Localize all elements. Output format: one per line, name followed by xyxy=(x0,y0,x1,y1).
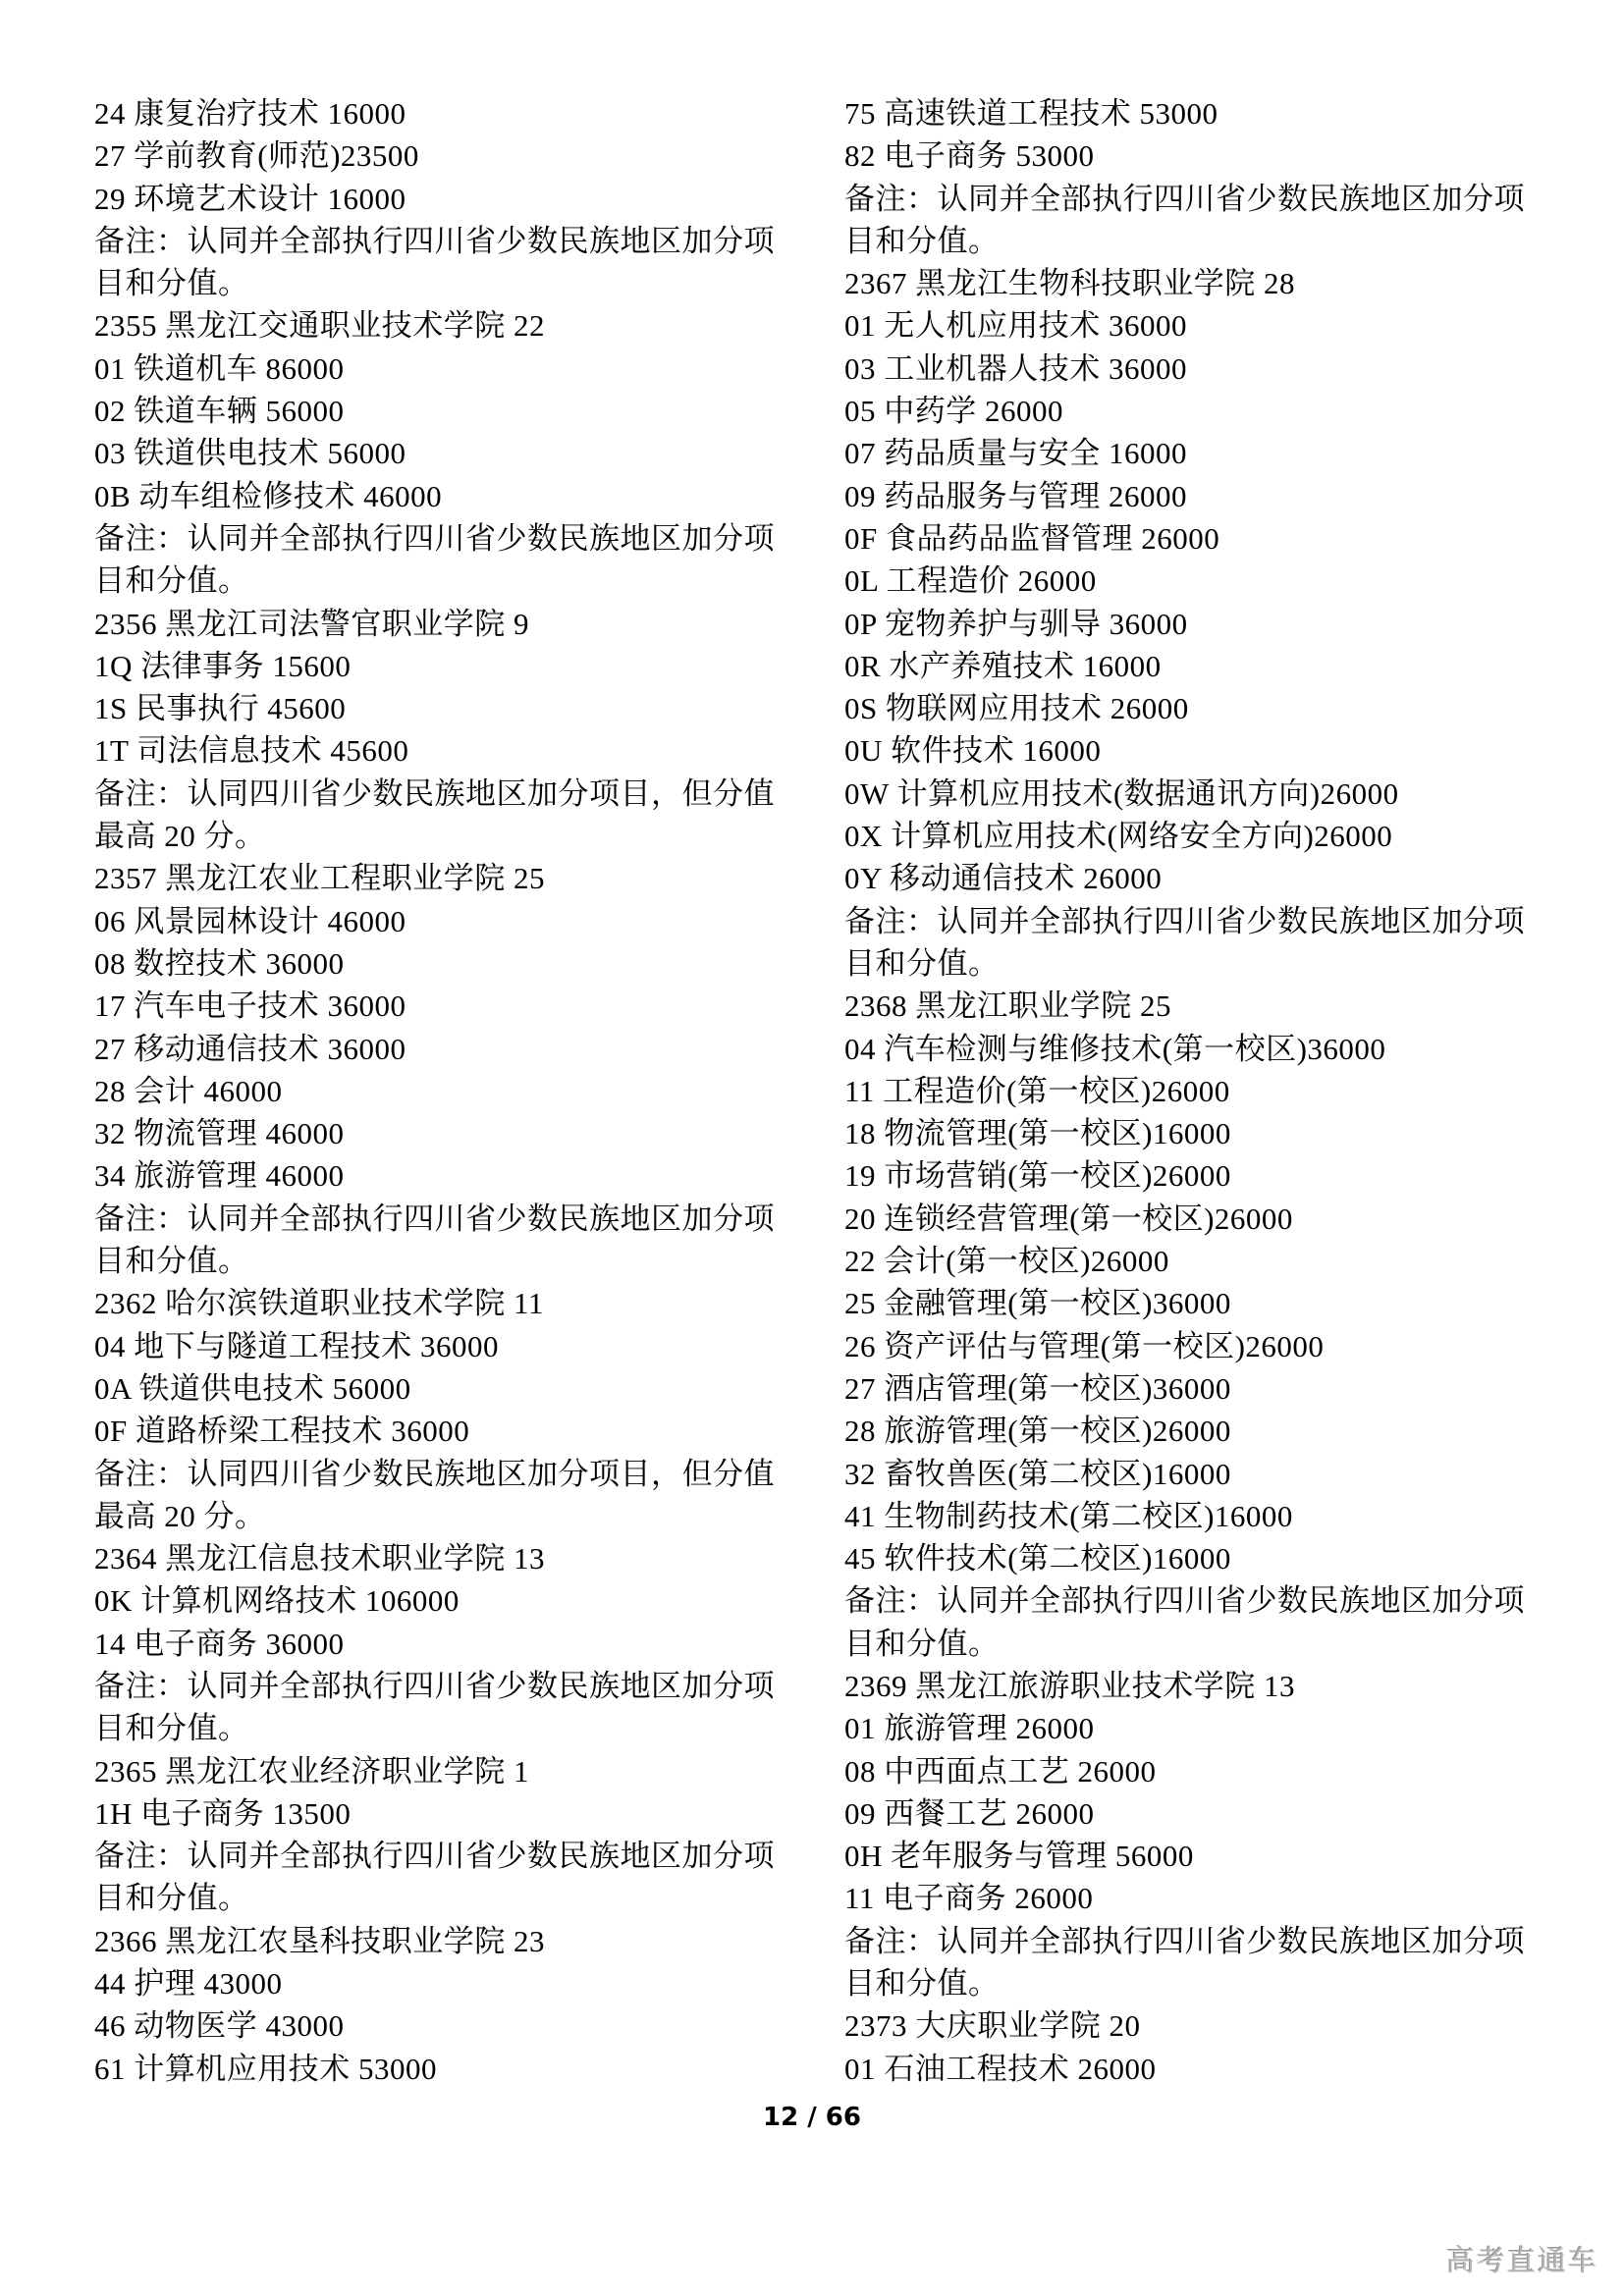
text-line: 目和分值。 xyxy=(844,1962,1545,2004)
text-line: 0B 动车组检修技术 46000 xyxy=(94,475,795,517)
text-line: 05 中药学 26000 xyxy=(844,390,1545,432)
text-line: 07 药品质量与安全 16000 xyxy=(844,432,1545,474)
text-line: 备注：认同并全部执行四川省少数民族地区加分项 xyxy=(844,178,1545,220)
text-line: 27 移动通信技术 36000 xyxy=(94,1028,795,1070)
text-line: 26 资产评估与管理(第一校区)26000 xyxy=(844,1325,1545,1367)
text-line: 最高 20 分。 xyxy=(94,815,795,857)
left-text-column: 24 康复治疗技术 1600027 学前教育(师范)2350029 环境艺术设计… xyxy=(94,92,795,2090)
text-line: 0H 老年服务与管理 56000 xyxy=(844,1835,1545,1877)
text-line: 44 护理 43000 xyxy=(94,1962,795,2004)
text-line: 0K 计算机网络技术 106000 xyxy=(94,1579,795,1622)
text-line: 75 高速铁道工程技术 53000 xyxy=(844,92,1545,134)
text-line: 备注：认同并全部执行四川省少数民族地区加分项 xyxy=(844,1579,1545,1622)
text-line: 备注：认同并全部执行四川省少数民族地区加分项 xyxy=(844,1920,1545,1962)
text-line: 目和分值。 xyxy=(844,942,1545,985)
text-line: 2369 黑龙江旅游职业技术学院 13 xyxy=(844,1665,1545,1707)
text-line: 备注：认同四川省少数民族地区加分项目，但分值 xyxy=(94,773,795,815)
text-line: 备注：认同并全部执行四川省少数民族地区加分项 xyxy=(94,1835,795,1877)
text-line: 备注：认同并全部执行四川省少数民族地区加分项 xyxy=(94,1665,795,1707)
text-line: 0R 水产养殖技术 16000 xyxy=(844,645,1545,687)
text-line: 0U 软件技术 16000 xyxy=(844,729,1545,772)
text-line: 1Q 法律事务 15600 xyxy=(94,645,795,687)
text-line: 0L 工程造价 26000 xyxy=(844,560,1545,602)
text-line: 0A 铁道供电技术 56000 xyxy=(94,1367,795,1410)
text-line: 目和分值。 xyxy=(94,1240,795,1282)
text-line: 2367 黑龙江生物科技职业学院 28 xyxy=(844,262,1545,304)
text-line: 06 风景园林设计 46000 xyxy=(94,900,795,942)
text-line: 备注：认同并全部执行四川省少数民族地区加分项 xyxy=(94,220,795,262)
text-line: 08 数控技术 36000 xyxy=(94,942,795,985)
text-line: 备注：认同四川省少数民族地区加分项目，但分值 xyxy=(94,1453,795,1495)
text-line: 32 畜牧兽医(第二校区)16000 xyxy=(844,1453,1545,1495)
text-line: 备注：认同并全部执行四川省少数民族地区加分项 xyxy=(94,517,795,560)
text-line: 27 酒店管理(第一校区)36000 xyxy=(844,1367,1545,1410)
text-line: 14 电子商务 36000 xyxy=(94,1623,795,1665)
text-line: 2362 哈尔滨铁道职业技术学院 11 xyxy=(94,1282,795,1324)
text-line: 11 工程造价(第一校区)26000 xyxy=(844,1070,1545,1112)
text-line: 03 工业机器人技术 36000 xyxy=(844,347,1545,390)
text-line: 01 石油工程技术 26000 xyxy=(844,2048,1545,2090)
page-number: 12 / 66 xyxy=(0,2103,1624,2132)
text-line: 2356 黑龙江司法警官职业学院 9 xyxy=(94,603,795,645)
text-line: 最高 20 分。 xyxy=(94,1495,795,1537)
text-line: 29 环境艺术设计 16000 xyxy=(94,178,795,220)
text-line: 0Y 移动通信技术 26000 xyxy=(844,857,1545,899)
text-line: 目和分值。 xyxy=(844,220,1545,262)
text-line: 备注：认同并全部执行四川省少数民族地区加分项 xyxy=(94,1198,795,1240)
text-line: 28 会计 46000 xyxy=(94,1070,795,1112)
text-line: 19 市场营销(第一校区)26000 xyxy=(844,1154,1545,1197)
text-line: 09 药品服务与管理 26000 xyxy=(844,475,1545,517)
text-line: 03 铁道供电技术 56000 xyxy=(94,432,795,474)
text-line: 0F 道路桥梁工程技术 36000 xyxy=(94,1410,795,1452)
text-line: 18 物流管理(第一校区)16000 xyxy=(844,1112,1545,1154)
text-line: 04 汽车检测与维修技术(第一校区)36000 xyxy=(844,1028,1545,1070)
text-line: 17 汽车电子技术 36000 xyxy=(94,985,795,1027)
text-line: 2357 黑龙江农业工程职业学院 25 xyxy=(94,857,795,899)
text-line: 32 物流管理 46000 xyxy=(94,1112,795,1154)
text-line: 备注：认同并全部执行四川省少数民族地区加分项 xyxy=(844,900,1545,942)
text-line: 02 铁道车辆 56000 xyxy=(94,390,795,432)
text-line: 20 连锁经营管理(第一校区)26000 xyxy=(844,1198,1545,1240)
text-line: 25 金融管理(第一校区)36000 xyxy=(844,1282,1545,1324)
text-line: 0W 计算机应用技术(数据通讯方向)26000 xyxy=(844,773,1545,815)
text-line: 1S 民事执行 45600 xyxy=(94,687,795,729)
watermark-text: 高考直通车 xyxy=(1446,2239,1598,2279)
text-line: 2355 黑龙江交通职业技术学院 22 xyxy=(94,304,795,347)
text-line: 61 计算机应用技术 53000 xyxy=(94,2048,795,2090)
text-line: 28 旅游管理(第一校区)26000 xyxy=(844,1410,1545,1452)
text-line: 41 生物制药技术(第二校区)16000 xyxy=(844,1495,1545,1537)
text-line: 24 康复治疗技术 16000 xyxy=(94,92,795,134)
right-text-column: 75 高速铁道工程技术 5300082 电子商务 53000备注：认同并全部执行… xyxy=(844,92,1545,2090)
text-line: 09 西餐工艺 26000 xyxy=(844,1792,1545,1835)
text-line: 27 学前教育(师范)23500 xyxy=(94,134,795,177)
text-line: 01 旅游管理 26000 xyxy=(844,1707,1545,1749)
text-line: 01 铁道机车 86000 xyxy=(94,347,795,390)
text-line: 08 中西面点工艺 26000 xyxy=(844,1750,1545,1792)
text-line: 目和分值。 xyxy=(94,1707,795,1749)
text-line: 1H 电子商务 13500 xyxy=(94,1792,795,1835)
text-line: 82 电子商务 53000 xyxy=(844,134,1545,177)
text-line: 2368 黑龙江职业学院 25 xyxy=(844,985,1545,1027)
text-line: 04 地下与隧道工程技术 36000 xyxy=(94,1325,795,1367)
text-line: 46 动物医学 43000 xyxy=(94,2004,795,2047)
text-line: 0S 物联网应用技术 26000 xyxy=(844,687,1545,729)
text-line: 45 软件技术(第二校区)16000 xyxy=(844,1537,1545,1579)
text-line: 0X 计算机应用技术(网络安全方向)26000 xyxy=(844,815,1545,857)
text-line: 目和分值。 xyxy=(94,560,795,602)
text-line: 2366 黑龙江农垦科技职业学院 23 xyxy=(94,1920,795,1962)
text-line: 0F 食品药品监督管理 26000 xyxy=(844,517,1545,560)
text-line: 目和分值。 xyxy=(94,262,795,304)
text-line: 目和分值。 xyxy=(844,1623,1545,1665)
text-line: 01 无人机应用技术 36000 xyxy=(844,304,1545,347)
text-line: 34 旅游管理 46000 xyxy=(94,1154,795,1197)
text-line: 目和分值。 xyxy=(94,1877,795,1919)
text-line: 2365 黑龙江农业经济职业学院 1 xyxy=(94,1750,795,1792)
text-line: 22 会计(第一校区)26000 xyxy=(844,1240,1545,1282)
text-line: 1T 司法信息技术 45600 xyxy=(94,729,795,772)
text-line: 2373 大庆职业学院 20 xyxy=(844,2004,1545,2047)
text-line: 2364 黑龙江信息技术职业学院 13 xyxy=(94,1537,795,1579)
text-line: 11 电子商务 26000 xyxy=(844,1877,1545,1919)
text-line: 0P 宠物养护与驯导 36000 xyxy=(844,603,1545,645)
document-page: 24 康复治疗技术 1600027 学前教育(师范)2350029 环境艺术设计… xyxy=(0,0,1624,2296)
